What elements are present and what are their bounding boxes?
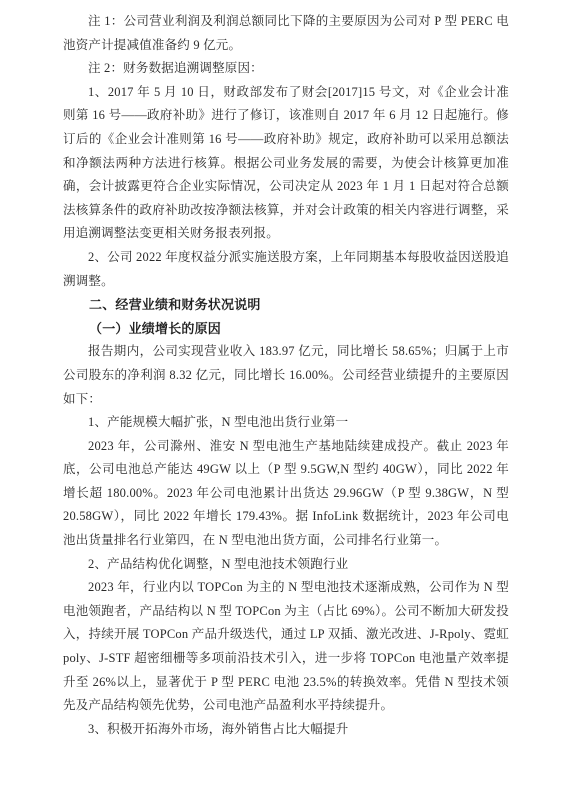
note-1-text: 注 1：公司营业利润及利润总额同比下降的主要原因为公司对 P 型 PERC 电池… (63, 10, 509, 57)
performance-overview-text: 报告期内，公司实现营业收入 183.97 亿元，同比增长 58.65%；归属于上… (63, 340, 509, 411)
note-2-label: 注 2：财务数据追溯调整原因： (63, 57, 509, 81)
point-2-title: 2、产品结构优化调整，N 型电池技术领跑行业 (63, 553, 509, 577)
point-3-title: 3、积极开拓海外市场，海外销售占比大幅提升 (63, 718, 509, 742)
section-2-heading: 二、经营业绩和财务状况说明 (63, 293, 509, 317)
subsection-1-heading: （一）业绩增长的原因 (63, 317, 509, 341)
point-1-title: 1、产能规模大幅扩张，N 型电池出货行业第一 (63, 411, 509, 435)
point-1-text: 2023 年，公司滁州、淮安 N 型电池生产基地陆续建成投产。截止 2023 年… (63, 435, 509, 553)
document-page: 注 1：公司营业利润及利润总额同比下降的主要原因为公司对 P 型 PERC 电池… (0, 0, 570, 792)
point-2-text: 2023 年，行业内以 TOPCon 为主的 N 型电池技术逐渐成熟，公司作为 … (63, 576, 509, 718)
note-2-item-2-text: 2、公司 2022 年度权益分派实施送股方案，上年同期基本每股收益因送股追溯调整… (63, 246, 509, 293)
note-2-item-1-text: 1、2017 年 5 月 10 日，财政部发布了财会[2017]15 号文，对《… (63, 81, 509, 246)
